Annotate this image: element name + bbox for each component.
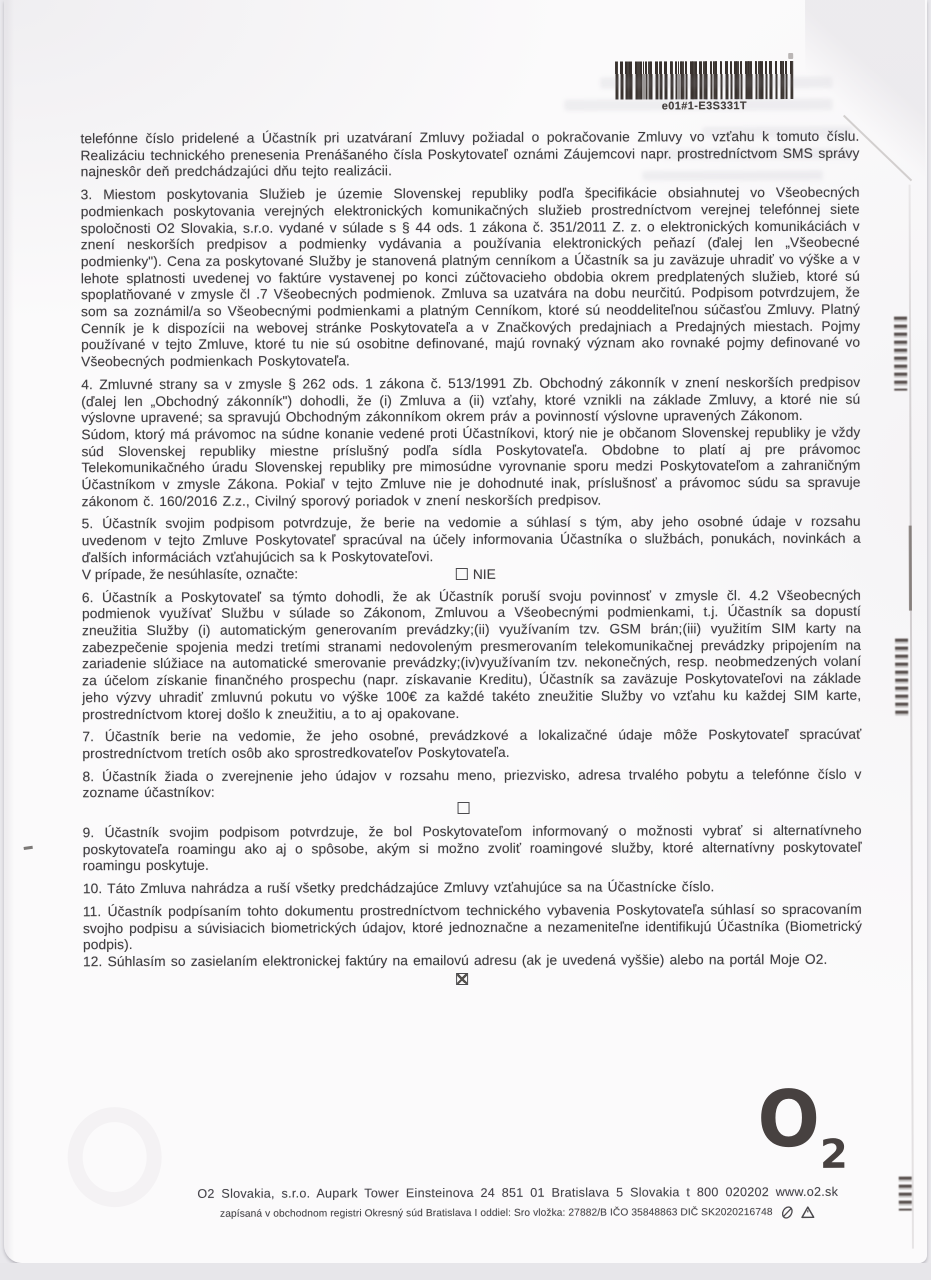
o2-logo-letter: O	[757, 1081, 820, 1159]
paragraph-9: 9. Účastník svojim podpisom potvrdzuje, …	[83, 823, 862, 876]
paragraph-6: 6. Účastník a Poskytovateľ sa týmto doho…	[82, 587, 861, 723]
bleedthrough-ghost	[600, 77, 832, 89]
eco-leaf-icon	[780, 1205, 795, 1220]
company-address-line: O2 Slovakia, s.r.o. Aupark Tower Einstei…	[98, 1185, 931, 1202]
edge-text-bleed	[895, 639, 908, 719]
paragraph-intro: telefónne číslo pridelené a Účastník pri…	[80, 129, 859, 182]
paragraph-8: 8. Účastník žiada o zverejnenie jeho úda…	[82, 766, 861, 802]
e-invoice-checkbox	[456, 973, 468, 985]
paragraph-10: 10. Táto Zmluva nahrádza a ruší všetky p…	[83, 879, 862, 898]
page-footer: O2 Slovakia, s.r.o. Aupark Tower Einstei…	[98, 1185, 931, 1223]
recycle-triangle-icon	[800, 1205, 816, 1220]
paragraph-4: 4. Zmluvné strany sa v zmysle § 262 ods.…	[81, 375, 860, 428]
o2-logo-subscript: 2	[820, 1135, 848, 1175]
adjacent-page-edge	[909, 185, 914, 1249]
paragraph-4-continued: Súdom, ktorý má právomoc na súdne konani…	[81, 425, 860, 511]
scanner-background	[0, 1263, 931, 1280]
edge-text-bleed	[894, 317, 907, 391]
nie-checkbox-label: NIE	[473, 566, 496, 581]
scan-speck	[788, 53, 793, 59]
nie-checkbox	[456, 568, 468, 580]
paragraph-3: 3. Miestom poskytovania Služieb je územi…	[81, 185, 861, 371]
paragraph-5: 5. Účastník svojim podpisom potvrdzuje, …	[82, 514, 861, 567]
directory-listing-checkbox	[458, 802, 470, 814]
contract-text: telefónne číslo pridelené a Účastník pri…	[80, 129, 862, 994]
paragraph-11: 11. Účastník podpísaním tohto dokumentu …	[83, 902, 862, 955]
company-registry-line: zapísaná v obchodnom registri Okresný sú…	[220, 1207, 773, 1220]
e-invoice-consent-row	[83, 968, 862, 987]
consent-nie-prompt: V prípade, že nesúhlasíte, označte:	[82, 566, 298, 583]
edge-text-bleed	[899, 1177, 912, 1211]
adjacent-page-edge-dark	[909, 526, 912, 611]
margin-mark	[24, 846, 33, 850]
consent-nie-row: V prípade, že nesúhlasíte, označte: NIE	[82, 564, 861, 583]
paragraph-7: 7. Účastník berie na vedomie, že jeho os…	[82, 727, 861, 763]
scanned-contract-page: e01#1-E3S331T telefónne číslo pridelené …	[4, 0, 927, 1263]
o2-logo: O2	[755, 1081, 847, 1175]
directory-listing-row	[83, 800, 862, 819]
bleedthrough-ghost	[564, 99, 832, 111]
page-corner-fold-shade	[805, 0, 926, 185]
